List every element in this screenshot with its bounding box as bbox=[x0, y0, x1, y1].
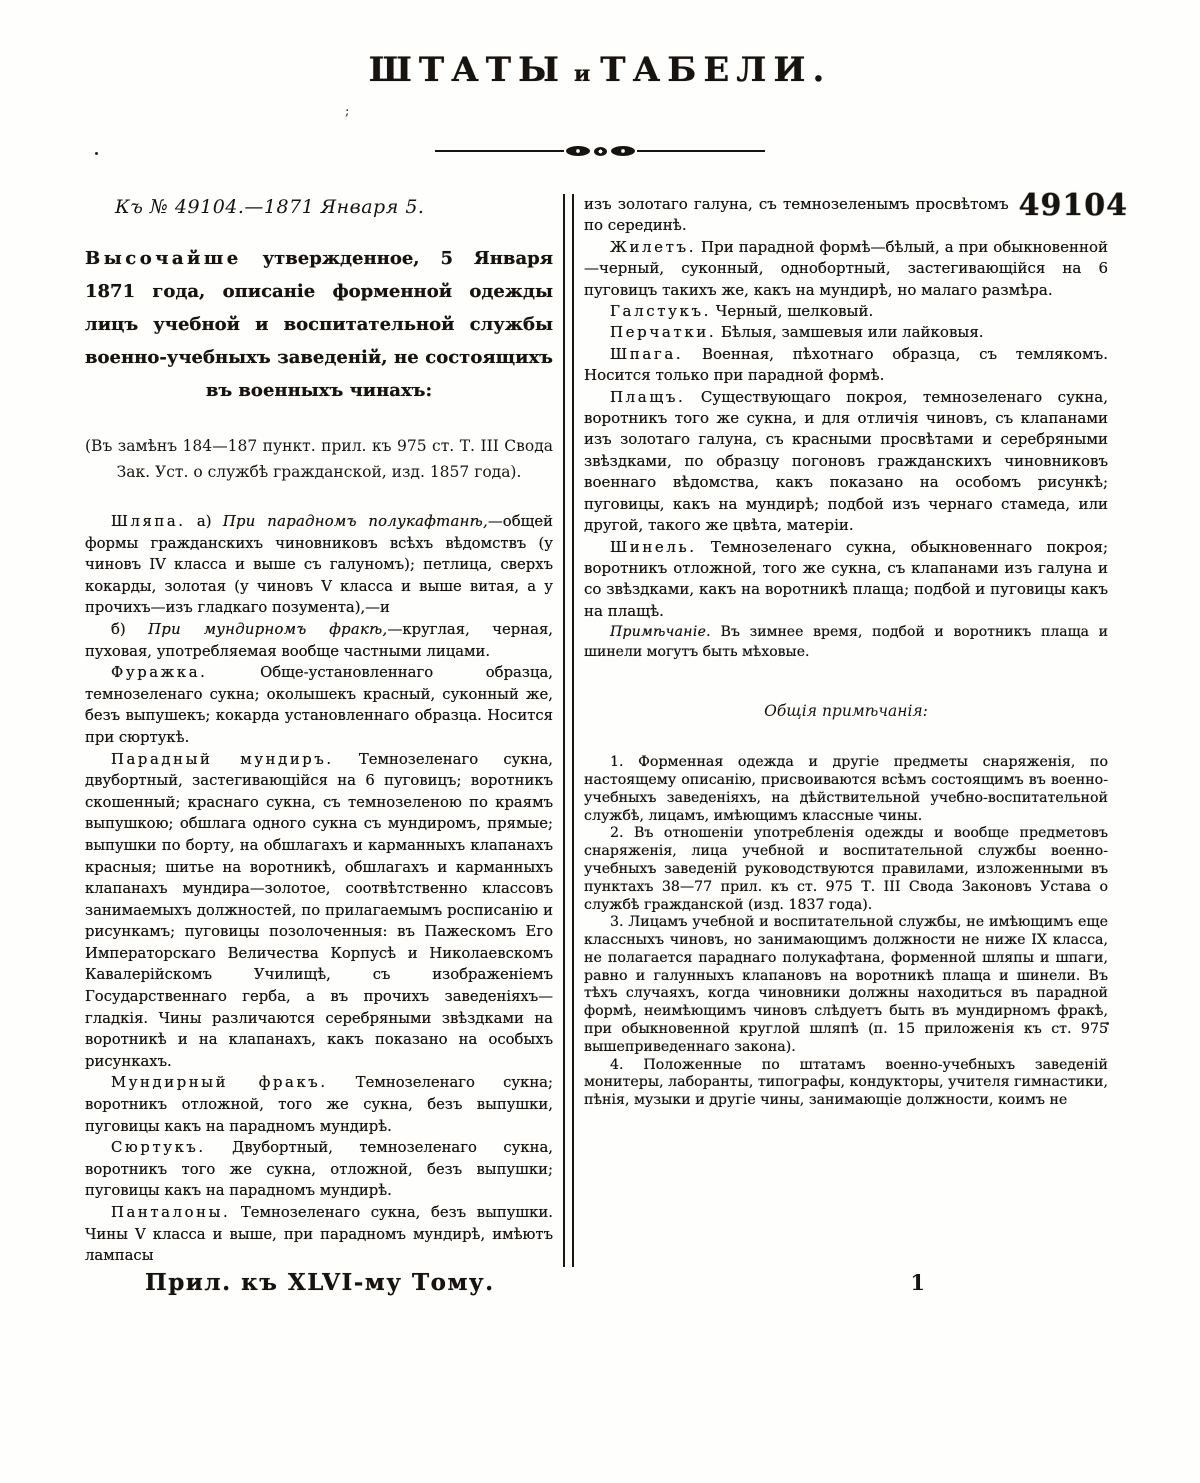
segment-plain: а) bbox=[186, 513, 223, 530]
note-2: 2. Въ отношеніи употребленія одежды и во… bbox=[584, 825, 1108, 914]
para-shlyapa: Шляпа. а) При парадномъ полукафтанѣ,—общ… bbox=[85, 511, 553, 619]
masthead: ШТАТЫиТАБЕЛИ. bbox=[0, 0, 1200, 90]
document-page: ; ШТАТЫиТАБЕЛИ. Къ № 49104.—1871 Января … bbox=[0, 0, 1200, 1483]
segment-plain: б) bbox=[111, 621, 148, 638]
page-title-conjunction: и bbox=[566, 61, 600, 87]
para-shpaga: Шпага. Военная, пѣхотнаго образца, съ те… bbox=[584, 344, 1108, 387]
segment-plain: 1. Форменная одежда и другіе предметы сн… bbox=[584, 754, 1108, 823]
para-mundirny-frak: Мундирный фракъ. Темнозеленаго сукна; во… bbox=[85, 1072, 553, 1137]
page-title-right: ТАБЕЛИ. bbox=[600, 50, 831, 90]
para-paradny-mundir: Парадный мундиръ. Темнозеленаго сукна, д… bbox=[85, 749, 553, 1073]
footer: Прил. къ XLVI-му Тому. 1 bbox=[85, 1269, 1115, 1296]
para-perchatki: Перчатки. Бѣлыя, замшевыя или лайковыя. bbox=[584, 322, 1108, 343]
ornament-bead bbox=[594, 147, 607, 156]
scan-artifact bbox=[1106, 1022, 1109, 1025]
ornament-bead bbox=[566, 146, 590, 156]
general-notes-heading: Общія примѣчанія: bbox=[584, 702, 1108, 720]
preamble-lead: Высочайше bbox=[85, 248, 242, 269]
segment-plain: изъ золотаго галуна, съ темнозеленымъ пр… bbox=[584, 195, 1009, 234]
segment-plain: 3. Лицамъ учебной и воспитательной служб… bbox=[584, 914, 1108, 1055]
para-plashch: Плащъ. Существующаго покроя, темнозелена… bbox=[584, 387, 1108, 537]
para-zhilet: Жилетъ. При парадной формѣ—бѣлый, а при … bbox=[584, 237, 1108, 301]
column-divider-rule bbox=[563, 194, 574, 1267]
segment-term: Перчатки. bbox=[610, 323, 716, 341]
para-shinel: Шинель. Темнозеленаго сукна, обыкновенна… bbox=[584, 537, 1108, 623]
segment-plain: Существующаго покроя, темнозеленаго сукн… bbox=[584, 388, 1108, 534]
page-number: 1 bbox=[910, 1270, 925, 1295]
segment-plain: Бѣлыя, замшевыя или лайковыя. bbox=[716, 323, 983, 341]
segment-term: Панталоны. bbox=[111, 1204, 230, 1221]
docket-line: Къ № 49104.—1871 Января 5. bbox=[115, 196, 553, 218]
segment-term: Жилетъ. bbox=[610, 238, 696, 256]
segment-term: Галстукъ. bbox=[610, 302, 711, 320]
preamble-rest: утвержденное, 5 Января 1871 года, описан… bbox=[85, 248, 553, 401]
segment-plain: 2. Въ отношеніи употребленія одежды и во… bbox=[584, 825, 1108, 912]
segment-term: Шинель. bbox=[610, 538, 697, 556]
segment-term: Парадный мундиръ. bbox=[111, 751, 334, 768]
left-column-text: Шляпа. а) При парадномъ полукафтанѣ,—общ… bbox=[85, 511, 553, 1267]
para-syurtuk: Сюртукъ. Двубортный, темнозеленаго сукна… bbox=[85, 1137, 553, 1202]
segment-italic: При парадномъ полукафтанѣ, bbox=[223, 513, 488, 530]
right-column-text: изъ золотаго галуна, съ темнозеленымъ пр… bbox=[584, 194, 1108, 662]
segment-italic: Примѣчаніе. bbox=[610, 624, 711, 640]
para-pantalony: Панталоны. Темнозеленаго сукна, безъ вып… bbox=[85, 1202, 553, 1267]
general-notes-text: 1. Форменная одежда и другіе предметы сн… bbox=[584, 754, 1108, 1110]
segment-term: Сюртукъ. bbox=[111, 1139, 206, 1156]
volume-imprint: Прил. къ XLVI-му Тому. bbox=[145, 1269, 495, 1296]
scan-artifact: ; bbox=[345, 104, 349, 119]
segment-plain: Темнозеленаго сукна, двубортный, застеги… bbox=[85, 751, 553, 1070]
segment-italic: При мундирномъ фракѣ, bbox=[148, 621, 387, 638]
segment-term: Шляпа. bbox=[111, 513, 186, 530]
document-number: 49104 bbox=[1019, 191, 1128, 221]
ornament-line-right bbox=[637, 150, 766, 152]
replaces-note: (Въ замѣнъ 184—187 пункт. прил. къ 975 с… bbox=[85, 433, 553, 485]
note-1: 1. Форменная одежда и другіе предметы сн… bbox=[584, 754, 1108, 825]
ornament-bead bbox=[611, 146, 635, 156]
scan-artifact bbox=[95, 152, 98, 155]
page-title-left: ШТАТЫ bbox=[369, 50, 566, 90]
segment-plain: Черный, шелковый. bbox=[711, 302, 873, 320]
segment-term: Фуражка. bbox=[111, 664, 207, 681]
columns-container: Къ № 49104.—1871 Января 5. Высочайше утв… bbox=[85, 194, 1115, 1267]
note-3: 3. Лицамъ учебной и воспитательной служб… bbox=[584, 914, 1108, 1056]
para-galstuk: Галстукъ. Черный, шелковый. bbox=[584, 301, 1108, 322]
para-furazhka: Фуражка. Обще-установленнаго образца, те… bbox=[85, 662, 553, 748]
ornament-divider bbox=[435, 146, 765, 156]
segment-plain: 4. Положенные по штатамъ военно-учебныхъ… bbox=[584, 1057, 1108, 1109]
decree-preamble: Высочайше утвержденное, 5 Января 1871 го… bbox=[85, 242, 553, 407]
ornament-line-left bbox=[435, 150, 564, 152]
segment-term: Мундирный фракъ. bbox=[111, 1074, 328, 1091]
para-shlyapa-b: б) При мундирномъ фракѣ,—круглая, черная… bbox=[85, 619, 553, 662]
right-column: 49104 изъ золотаго галуна, съ темнозелен… bbox=[584, 194, 1108, 1267]
left-column: Къ № 49104.—1871 Января 5. Высочайше утв… bbox=[85, 194, 553, 1267]
segment-term: Шпага. bbox=[610, 345, 683, 363]
note-4: 4. Положенные по штатамъ военно-учебныхъ… bbox=[584, 1057, 1108, 1110]
para-primechanie: Примѣчаніе. Въ зимнее время, подбой и во… bbox=[584, 622, 1108, 662]
segment-term: Плащъ. bbox=[610, 388, 685, 406]
